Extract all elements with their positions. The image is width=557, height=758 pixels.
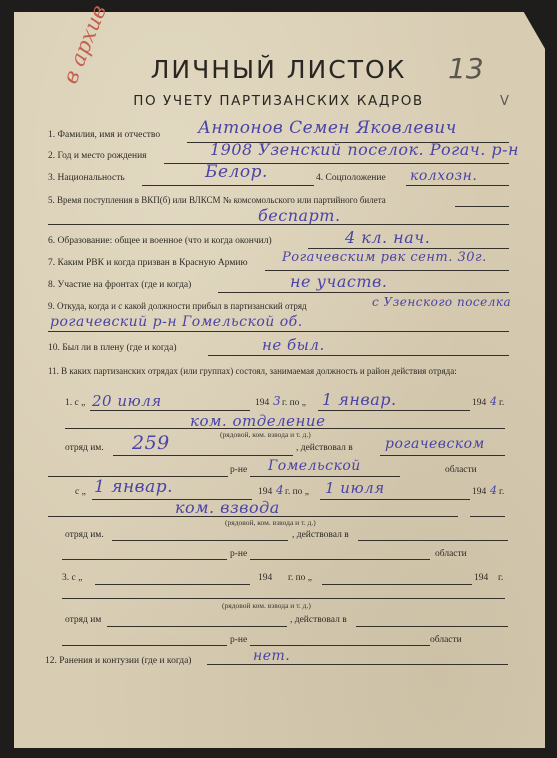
field-2-value: 1908 Узенский поселок. Рогач. р-н xyxy=(210,140,519,159)
field-9-value-line1: с Узенского поселка xyxy=(372,295,511,309)
field-1-value: Антонов Семен Яковлевич xyxy=(198,118,457,138)
entry-2-to-label: г. по „ xyxy=(285,487,309,497)
field-1-label: 1. Фамилия, имя и отчество xyxy=(48,130,160,140)
field-6-label: 6. Образование: общее и военное (что и к… xyxy=(48,236,272,246)
field-7-value: Рогачевским рвк сент. 30г. xyxy=(282,250,487,265)
entry-3-num: 3. с „ xyxy=(62,573,82,583)
entry-3-detachment-line xyxy=(107,626,287,627)
entry-1-detachment-line xyxy=(113,455,293,456)
entry-3-region-line xyxy=(250,645,430,646)
entry-1-region: Гомельской xyxy=(268,458,361,474)
entry-1-acted-label: , действовал в xyxy=(296,443,353,453)
entry-1-to-date: 1 январ. xyxy=(322,390,397,409)
document-subtitle: ПО УЧЕТУ ПАРТИЗАНСКИХ КАДРОВ xyxy=(0,93,557,109)
field-4-label: 4. Соцположение xyxy=(316,173,386,183)
entry-2-district-label: р-не xyxy=(230,549,247,559)
entry-2-position: ком. взвода xyxy=(175,498,280,517)
field-4-value: колхозн. xyxy=(410,168,477,184)
entry-2-from-date: 1 январ. xyxy=(94,477,173,497)
field-12-label: 12. Ранения и контузии (где и когда) xyxy=(45,656,191,666)
field-11-label: 11. В каких партизанских отрядах (или гр… xyxy=(48,365,508,378)
entry-2-detachment-label: отряд им. xyxy=(65,530,104,540)
entry-3-from-line xyxy=(95,584,250,585)
entry-1-from-year-label: 194 xyxy=(255,398,269,408)
entry-2-position-hint: (рядовой, ком. взвода и т. д.) xyxy=(225,518,316,527)
field-8-line xyxy=(218,292,509,293)
entry-3-position-hint: (рядовой ком. взвода и т. д.) xyxy=(222,601,311,610)
entry-3-detachment-label: отряд им xyxy=(65,615,101,625)
field-10-value: не был. xyxy=(262,336,325,354)
entry-3-district-line xyxy=(62,645,227,646)
field-4-line xyxy=(406,185,509,186)
entry-3-to-year-label: 194 xyxy=(474,573,488,583)
entry-1-detachment: 259 xyxy=(132,432,170,454)
field-9-line xyxy=(48,331,509,332)
entry-1-from-date: 20 июля xyxy=(92,392,162,410)
entry-1-num: 1. с „ xyxy=(65,398,85,408)
field-3-line xyxy=(142,185,314,186)
field-12-value: нет. xyxy=(253,648,290,664)
field-9-value-line2: рогачевский р-н Гомельской об. xyxy=(50,314,303,330)
field-9-label: 9. Откуда, когда и с какой должности при… xyxy=(48,301,307,311)
entry-2-acted-line xyxy=(358,540,508,541)
entry-3-position-line xyxy=(62,598,505,599)
entry-2-to-date: 1 июля xyxy=(325,479,385,497)
field-2-label: 2. Год и место рождения xyxy=(48,151,147,161)
entry-2-acted-label: , действовал в xyxy=(292,530,349,540)
entry-1-from-line xyxy=(90,410,250,411)
entry-1-acted-line xyxy=(380,455,505,456)
field-3-value: Белор. xyxy=(205,162,268,182)
field-5-value: беспарт. xyxy=(258,206,341,225)
field-3-label: 3. Национальность xyxy=(48,173,125,183)
entry-3-district-label: р-не xyxy=(230,635,247,645)
document-title: ЛИЧНЫЙ ЛИСТОК xyxy=(0,55,557,84)
entry-2-detachment-line xyxy=(112,540,288,541)
field-7-line xyxy=(265,270,509,271)
field-5-label: 5. Время поступления в ВКП(б) или ВЛКСМ … xyxy=(48,195,386,205)
field-10-label: 10. Был ли в плену (где и когда) xyxy=(48,343,177,353)
entry-1-region-label: области xyxy=(445,465,477,475)
entry-2-to-line xyxy=(320,499,470,500)
field-6-line xyxy=(308,248,509,249)
field-6-value: 4 кл. нач. xyxy=(345,228,430,247)
entry-1-to-label: г. по „ xyxy=(282,398,306,408)
entry-1-district-label: р-не xyxy=(230,465,247,475)
entry-2-region-label: области xyxy=(435,549,467,559)
field-8-label: 8. Участие на фронтах (где и когда) xyxy=(48,280,191,290)
entry-2-position-line-end xyxy=(470,516,505,517)
field-10-line xyxy=(208,355,509,356)
entry-1-to-line xyxy=(318,410,470,411)
entry-1-position-hint: (рядовой, ком. взвода и т. д.) xyxy=(220,430,311,439)
entry-3-to-line xyxy=(322,584,472,585)
entry-2-region-line xyxy=(250,559,430,560)
entry-3-from-year-label: 194 xyxy=(258,573,272,583)
entry-1-region-line xyxy=(250,476,400,477)
field-5-line-a xyxy=(455,206,509,207)
entry-3-to-label: г. по „ xyxy=(288,573,312,583)
entry-1-to-year: 4 xyxy=(490,395,498,408)
entry-2-to-year: 4 xyxy=(490,484,498,497)
entry-3-acted-label: , действовал в xyxy=(290,615,347,625)
entry-1-year-suffix: г. xyxy=(499,398,504,408)
field-12-line xyxy=(207,664,508,665)
entry-2-from-year-label: 194 xyxy=(258,487,272,497)
field-8-value: не участв. xyxy=(290,272,387,291)
entry-2-year-suffix: г. xyxy=(499,487,504,497)
entry-1-from-year: 3 xyxy=(273,394,281,408)
entry-2-district-line xyxy=(62,559,227,560)
entry-2-to-year-label: 194 xyxy=(472,487,486,497)
entry-3-year-suffix: г. xyxy=(498,573,503,583)
entry-2-num: с „ xyxy=(75,487,86,497)
entry-1-detachment-label: отряд им. xyxy=(65,443,104,453)
field-7-label: 7. Каким РВК и когда призван в Красную А… xyxy=(48,258,248,268)
entry-3-region-label: области xyxy=(430,635,462,645)
entry-2-from-year: 4 xyxy=(276,483,284,497)
entry-1-acted-in: рогачевском xyxy=(385,436,485,452)
entry-3-acted-line xyxy=(356,626,508,627)
entry-1-to-year-label: 194 xyxy=(472,398,486,408)
entry-1-position: ком. отделение xyxy=(190,412,325,430)
